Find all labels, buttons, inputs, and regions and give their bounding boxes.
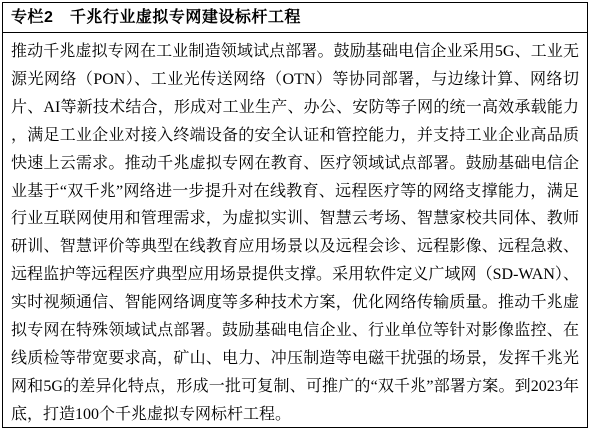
callout-box: 专栏2 千兆行业虚拟专网建设标杆工程 推动千兆虚拟专网在工业制造领域试点部署。鼓…: [2, 2, 588, 428]
panel-title: 专栏2 千兆行业虚拟专网建设标杆工程: [3, 3, 587, 33]
panel-body-text: 推动千兆虚拟专网在工业制造领域试点部署。鼓励基础电信企业采用5G、工业无源光网络…: [3, 33, 587, 427]
